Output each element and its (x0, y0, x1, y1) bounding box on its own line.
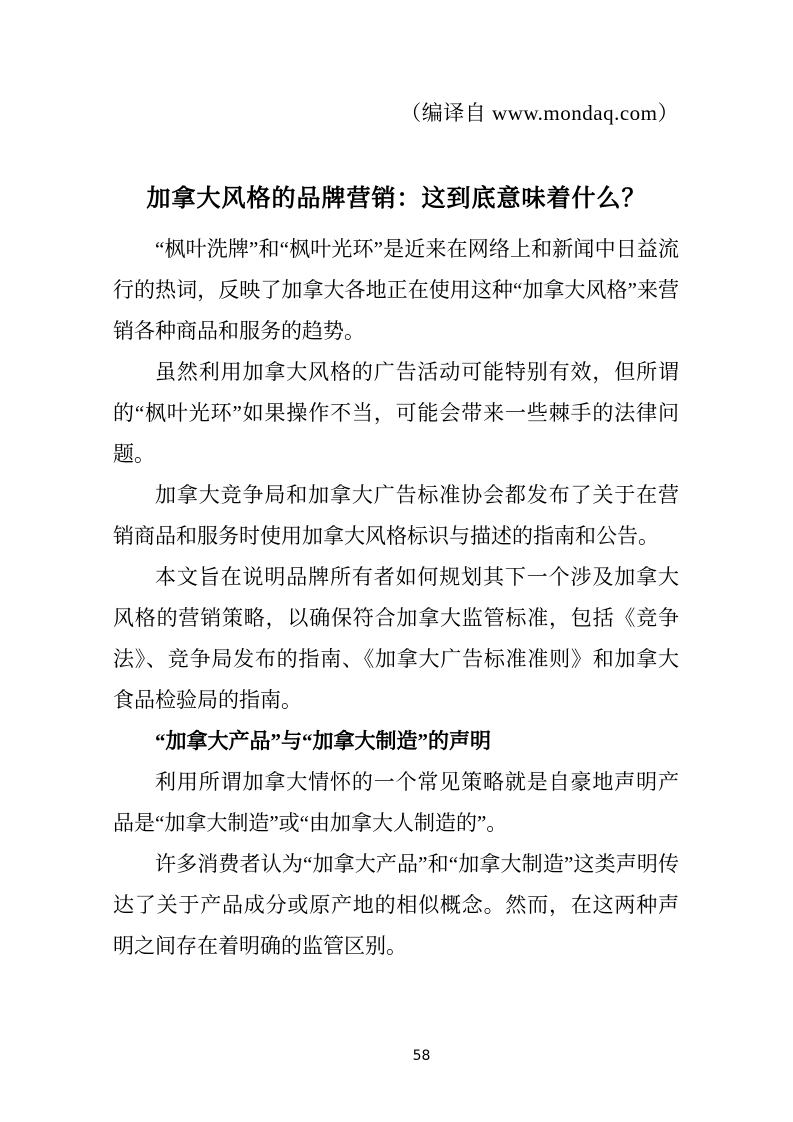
paragraph: 许多消费者认为“加拿大产品”和“加拿大制造”这类声明传达了关于产品成分或原产地的… (113, 844, 679, 967)
paragraph: 加拿大竞争局和加拿大广告标准协会都发布了关于在营销商品和服务时使用加拿大风格标识… (113, 475, 679, 557)
paragraph: 本文旨在说明品牌所有者如何规划其下一个涉及加拿大风格的营销策略，以确保符合加拿大… (113, 557, 679, 721)
section-heading: “加拿大产品”与“加拿大制造”的声明 (113, 721, 679, 762)
article-title: 加拿大风格的品牌营销：这到底意味着什么？ (0, 182, 793, 216)
document-page: （编译自 www.mondaq.com） 加拿大风格的品牌营销：这到底意味着什么… (0, 0, 793, 1122)
paragraph: 虽然利用加拿大风格的广告活动可能特别有效，但所谓的“枫叶光环”如果操作不当，可能… (113, 352, 679, 475)
article-body: “枫叶洗牌”和“枫叶光环”是近来在网络上和新闻中日益流行的热词，反映了加拿大各地… (113, 229, 679, 967)
paragraph: “枫叶洗牌”和“枫叶光环”是近来在网络上和新闻中日益流行的热词，反映了加拿大各地… (113, 229, 679, 352)
paragraph: 利用所谓加拿大情怀的一个常见策略就是自豪地声明产品是“加拿大制造”或“由加拿大人… (113, 762, 679, 844)
source-attribution: （编译自 www.mondaq.com） (113, 100, 679, 126)
page-number: 58 (25, 1047, 793, 1065)
